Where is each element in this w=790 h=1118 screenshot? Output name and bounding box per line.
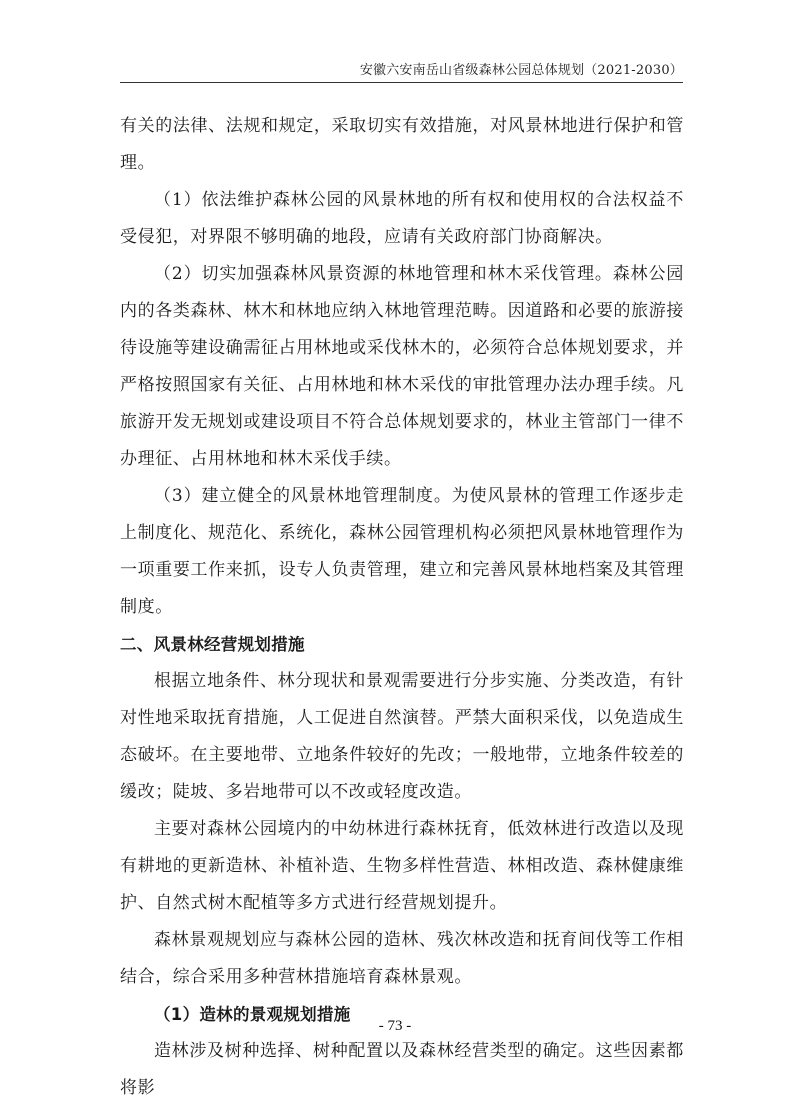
list-item-1: （1）依法维护森林公园的风景林地的所有权和使用权的合法权益不受侵犯，对界限不够明… [120,182,684,256]
paragraph-continued: 有关的法律、法规和规定，采取切实有效措施，对风景林地进行保护和管理。 [120,108,684,182]
section-heading: 二、风景林经营规划措施 [120,626,684,663]
section-paragraph-1: 根据立地条件、林分现状和景观需要进行分步实施、分类改造，有针对性地采取抚育措施，… [120,663,684,811]
list-item-3: （3）建立健全的风景林地管理制度。为使风景林的管理工作逐步走上制度化、规范化、系… [120,478,684,626]
page-header: 安徽六安南岳山省级森林公园总体规划（2021-2030） [120,62,683,83]
section-paragraph-3: 森林景观规划应与森林公园的造林、残次林改造和抚育间伐等工作相结合，综合采用多种营… [120,922,684,996]
list-item-2: （2）切实加强森林风景资源的林地管理和林木采伐管理。森林公园内的各类森林、林木和… [120,256,684,478]
subsection-paragraph: 造林涉及树种选择、树种配置以及森林经营类型的确定。这些因素都将影 [120,1033,684,1107]
document-title: 安徽六安南岳山省级森林公园总体规划（2021-2030） [360,63,683,78]
section-paragraph-2: 主要对森林公园境内的中幼林进行森林抚育，低效林进行改造以及现有耕地的更新造林、补… [120,811,684,922]
page-number: - 73 - [0,1018,790,1035]
page-content: 有关的法律、法规和规定，采取切实有效措施，对风景林地进行保护和管理。 （1）依法… [120,108,684,1107]
